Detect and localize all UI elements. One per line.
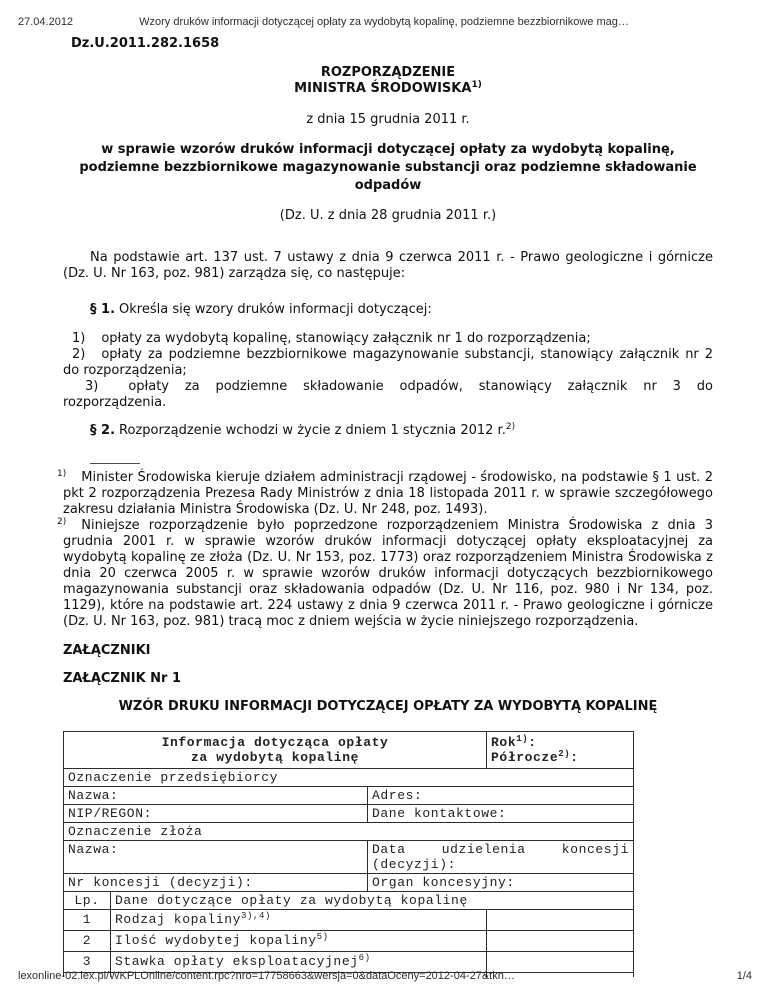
print-header: 27.04.2012 Wzory druków informacji dotyc… <box>0 16 768 30</box>
address-field: Adres: <box>368 787 634 805</box>
item-text: opłaty za podziemne składowanie odpadów,… <box>63 379 713 410</box>
form-title-line1: Informacja dotycząca opłaty <box>68 735 482 750</box>
nip-contact-row: NIP/REGON: Dane kontaktowe: <box>64 805 634 823</box>
print-footer-page-number: 1/4 <box>737 970 752 982</box>
form-period-cell: Rok1): Półrocze2): <box>487 732 634 769</box>
print-footer-url: lexonline-02.lex.pl/WKPLOnline/content.r… <box>18 970 515 982</box>
company-name-field: Nazwa: <box>64 787 368 805</box>
row-footnote-ref: 6) <box>359 953 371 963</box>
nip-regon-field: NIP/REGON: <box>64 805 368 823</box>
authority-field: Organ koncesyjny: <box>368 874 634 892</box>
document-body: Dz.U.2011.282.1658 ROZPORZĄDZENIE MINIST… <box>63 36 713 977</box>
paragraph-1-label: § 1. <box>90 302 115 317</box>
print-footer: lexonline-02.lex.pl/WKPLOnline/content.r… <box>18 970 752 982</box>
year-field-label: Rok1): <box>491 735 629 750</box>
row-label: Rodzaj kopaliny3),4) <box>111 910 487 931</box>
paragraph-2-footnote-ref: 2) <box>506 422 515 432</box>
paragraph-2-label: § 2. <box>90 423 115 438</box>
row-footnote-ref: 5) <box>317 932 329 942</box>
item-text: opłaty za wydobytą kopalinę, stanowiący … <box>101 331 590 346</box>
section-company-header: Oznaczenie przedsiębiorcy <box>64 769 634 787</box>
footnote-1: 1)Minister Środowiska kieruje działem ad… <box>63 470 713 518</box>
attachment-1-heading: ZAŁĄCZNIK Nr 1 <box>63 671 713 687</box>
form-title-line2: za wydobytą kopalinę <box>68 750 482 765</box>
item-number: 2) <box>72 347 85 362</box>
item-number: 3) <box>85 379 98 394</box>
fee-data-header-row: Lp. Dane dotyczące opłaty za wydobytą ko… <box>64 892 634 910</box>
footnote-2-marker: 2) <box>57 517 66 527</box>
paragraph-1-item: 3)opłaty za podziemne składowanie odpadó… <box>63 379 713 411</box>
footnote-divider <box>90 463 140 464</box>
attachments-heading: ZAŁĄCZNIKI <box>63 643 713 659</box>
row-value-cell <box>487 931 634 952</box>
paragraph-1-intro: Określa się wzory druków informacji doty… <box>119 302 432 317</box>
company-name-address-row: Nazwa: Adres: <box>64 787 634 805</box>
fee-data-header: Dane dotyczące opłaty za wydobytą kopali… <box>111 892 634 910</box>
form-title-cell: Informacja dotycząca opłaty za wydobytą … <box>64 732 487 769</box>
footnote-2-text: Niniejsze rozporządzenie było poprzedzon… <box>63 518 713 629</box>
footnote-1-marker: 1) <box>57 469 66 479</box>
concession-no-field: Nr koncesji (decyzji): <box>64 874 368 892</box>
preamble: Na podstawie art. 137 ust. 7 ustawy z dn… <box>63 250 713 282</box>
print-header-title: Wzory druków informacji dotyczącej opłat… <box>0 16 768 28</box>
section-company-row: Oznaczenie przedsiębiorcy <box>64 769 634 787</box>
halfyear-field-label: Półrocze2): <box>491 750 629 765</box>
row-footnote-ref: 3),4) <box>241 911 271 921</box>
page: { "runheader": { "date": "27.04.2012", "… <box>0 0 768 994</box>
paragraph-1-item: 1)opłaty za wydobytą kopalinę, stanowiąc… <box>63 331 713 347</box>
row-number: 2 <box>64 931 111 952</box>
contact-field: Dane kontaktowe: <box>368 805 634 823</box>
deposit-name-field: Nazwa: <box>64 841 368 874</box>
publication-line: (Dz. U. z dnia 28 grudnia 2011 r.) <box>63 208 713 224</box>
form-title-row: Informacja dotycząca opłaty za wydobytą … <box>64 732 634 769</box>
halfyear-footnote-ref: 2) <box>558 749 570 759</box>
row-label: Ilość wydobytej kopaliny5) <box>111 931 487 952</box>
paragraph-1: § 1.Określa się wzory druków informacji … <box>63 302 713 318</box>
footnote-2: 2)Niniejsze rozporządzenie było poprzedz… <box>63 518 713 630</box>
act-date-line: z dnia 15 grudnia 2011 r. <box>63 112 713 128</box>
section-deposit-header: Oznaczenie złoża <box>64 823 634 841</box>
attachment-1-title: WZÓR DRUKU INFORMACJI DOTYCZĄCEJ OPŁATY … <box>63 699 713 715</box>
paragraph-2: § 2.Rozporządzenie wchodzi w życie z dni… <box>63 423 713 439</box>
act-subject: w sprawie wzorów druków informacji dotyc… <box>63 141 713 195</box>
row-number: 1 <box>64 910 111 931</box>
footnote-1-text: Minister Środowiska kieruje działem admi… <box>63 470 713 517</box>
row-value-cell <box>487 910 634 931</box>
table-row: 1 Rodzaj kopaliny3),4) <box>64 910 634 931</box>
table-row: 2 Ilość wydobytej kopaliny5) <box>64 931 634 952</box>
fee-information-form-table: Informacja dotycząca opłaty za wydobytą … <box>63 731 634 977</box>
act-type-heading: ROZPORZĄDZENIE <box>63 65 713 81</box>
paragraph-1-item: 2)opłaty za podziemne bezzbiornikowe mag… <box>63 347 713 379</box>
section-deposit-row: Oznaczenie złoża <box>64 823 634 841</box>
issuer-footnote-ref: 1) <box>471 80 481 90</box>
issuer-name: MINISTRA ŚRODOWISKA <box>294 81 471 96</box>
item-text: opłaty za podziemne bezzbiornikowe magaz… <box>63 347 713 378</box>
journal-id: Dz.U.2011.282.1658 <box>71 36 713 52</box>
item-number: 1) <box>72 331 85 346</box>
issuer-heading: MINISTRA ŚRODOWISKA1) <box>63 81 713 97</box>
year-footnote-ref: 1) <box>516 734 528 744</box>
lp-column-header: Lp. <box>64 892 111 910</box>
deposit-name-concession-row: Nazwa: Data udzielenia koncesji (decyzji… <box>64 841 634 874</box>
concession-date-field: Data udzielenia koncesji (decyzji): <box>368 841 634 874</box>
concession-no-authority-row: Nr koncesji (decyzji): Organ koncesyjny: <box>64 874 634 892</box>
paragraph-2-text: Rozporządzenie wchodzi w życie z dniem 1… <box>119 423 506 438</box>
